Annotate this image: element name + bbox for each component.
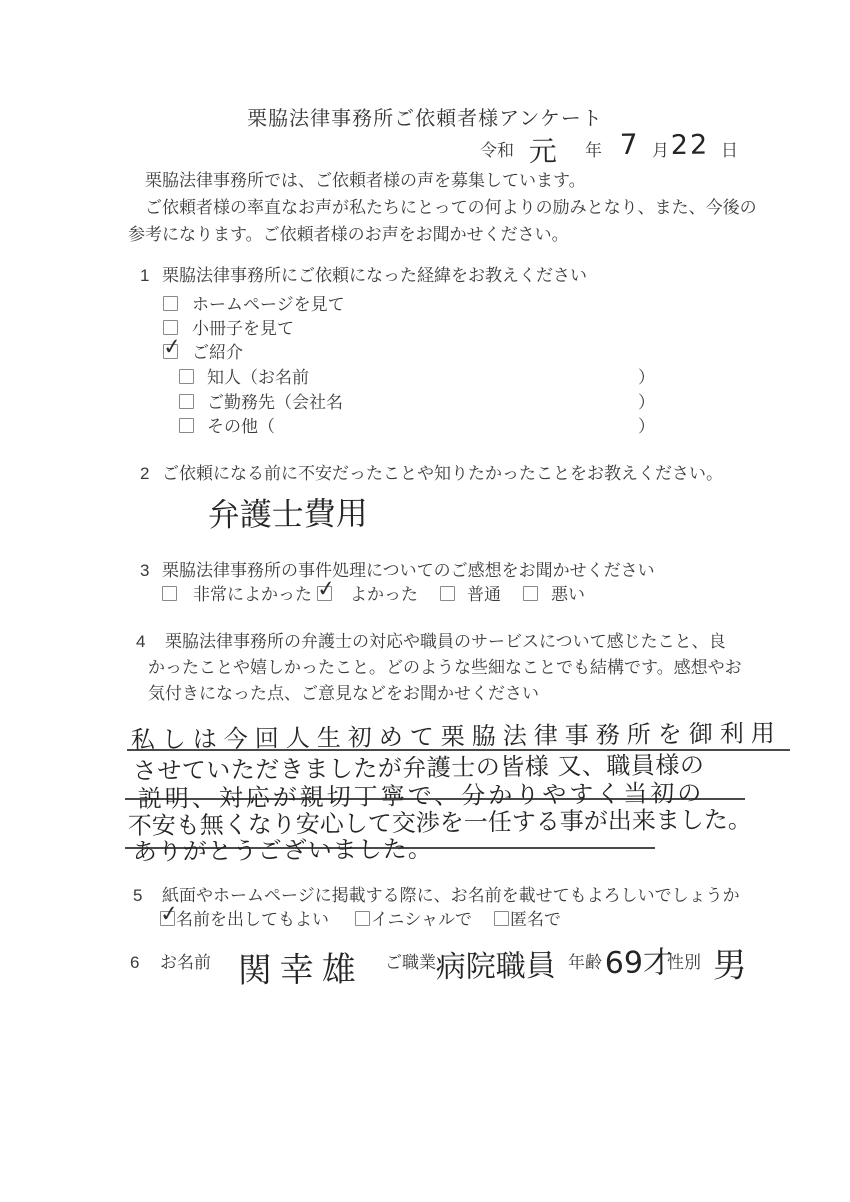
q5-number: 5 [133, 886, 142, 906]
q1-sub-option-workplace: ご勤務先（会社名 [207, 393, 343, 413]
checkbox-acquaintance [179, 369, 194, 384]
q5-option-show-name: 名前を出してもよい [176, 910, 329, 930]
q6-gender-value-handwritten: 男 [712, 938, 747, 987]
q1-sub-option-acquaintance-paren: ） [638, 368, 655, 388]
q4-title-line-3: 気付きになった点、ご意見などをお聞かせください [148, 684, 539, 704]
q3-option-bad: 悪い [551, 585, 585, 605]
q6-name-value-handwritten: 関幸雄 [237, 942, 364, 992]
checkbox-average [440, 586, 455, 601]
questionnaire-page: 栗脇法律事務所ご依頼者様アンケート 令和 元 年 7 月 22 日 栗脇法律事務… [0, 0, 850, 1202]
checkbox-initials [355, 911, 370, 926]
q2-answer-handwritten: 弁護士費用 [208, 488, 368, 536]
q1-option-booklet: 小冊子を見て [192, 319, 294, 339]
q5-option-initials: イニシャルで [371, 910, 472, 930]
checkbox-good [317, 586, 332, 601]
q1-number: 1 [140, 266, 149, 286]
checkbox-very-good [162, 586, 177, 601]
day-value-handwritten: 22 [671, 130, 710, 161]
q6-job-label: ご職業 [385, 953, 436, 973]
checkbox-bad [523, 586, 538, 601]
intro-line-1: 栗脇法律事務所では、ご依頼者様の声を募集しています。 [128, 171, 586, 191]
q5-option-anonymous: 匿名で [510, 910, 561, 930]
q5-title: 紙面やホームページに掲載する際に、お名前を載せてもよろしいでしょうか [162, 886, 740, 906]
q2-number: 2 [140, 464, 149, 484]
q1-option-homepage: ホームページを見て [192, 295, 345, 315]
q1-title: 栗脇法律事務所にご依頼になった経緯をお教えください [162, 266, 587, 286]
month-label: 月 [652, 141, 669, 161]
year-value-handwritten: 元 [529, 130, 557, 170]
year-label: 年 [585, 141, 602, 161]
q4-title-line-2: かったことや嬉しかったこと。どのような些細なことでも結構です。感想やお [148, 658, 742, 678]
q4-number: 4 [136, 632, 145, 652]
form-title: 栗脇法律事務所ご依頼者様アンケート [0, 102, 850, 131]
q6-age-label: 年齢 [568, 953, 602, 973]
checkbox-referral [163, 344, 178, 359]
q1-sub-option-acquaintance: 知人（お名前 [207, 368, 309, 388]
q3-title: 栗脇法律事務所の事件処理についてのご感想をお聞かせください [162, 561, 655, 581]
q6-job-value-handwritten: 病院職員 [436, 941, 556, 986]
q6-name-label: お名前 [160, 953, 211, 973]
q4-title-line-1: 栗脇法律事務所の弁護士の対応や職員のサービスについて感じたこと、良 [165, 632, 726, 652]
q1-option-referral: ご紹介 [192, 343, 243, 363]
q1-sub-option-workplace-paren: ） [638, 393, 655, 413]
checkbox-workplace [179, 394, 194, 409]
intro-line-2: ご依頼者様の率直なお声が私たちにとっての何よりの励みとなり、また、今後の [128, 198, 757, 218]
q2-title: ご依頼になる前に不安だったことや知りたかったことをお教えください。 [162, 464, 723, 484]
q3-option-very-good: 非常によかった [193, 585, 312, 605]
q4-answer-line-5: ありがとうございました。 [133, 829, 433, 867]
intro-line-3: 参考になります。ご依頼者様のお声をお聞かせください。 [128, 225, 569, 245]
q3-option-average: 普通 [467, 585, 501, 605]
era-label: 令和 [480, 141, 514, 161]
q1-sub-option-other: その他（ [207, 417, 275, 437]
q6-gender-label: 性別 [667, 953, 701, 973]
day-label: 日 [721, 141, 738, 161]
q6-number: 6 [130, 953, 139, 973]
month-value-handwritten: 7 [620, 128, 638, 161]
checkbox-anonymous [494, 911, 509, 926]
q3-number: 3 [140, 561, 149, 581]
checkbox-booklet [163, 320, 178, 335]
q3-option-good: よかった [350, 585, 418, 605]
checkbox-show-name [160, 911, 175, 926]
q1-sub-option-other-paren: ） [638, 417, 655, 437]
checkbox-homepage [163, 296, 178, 311]
q6-age-value-handwritten: 69才 [605, 937, 674, 982]
checkbox-other [179, 418, 194, 433]
